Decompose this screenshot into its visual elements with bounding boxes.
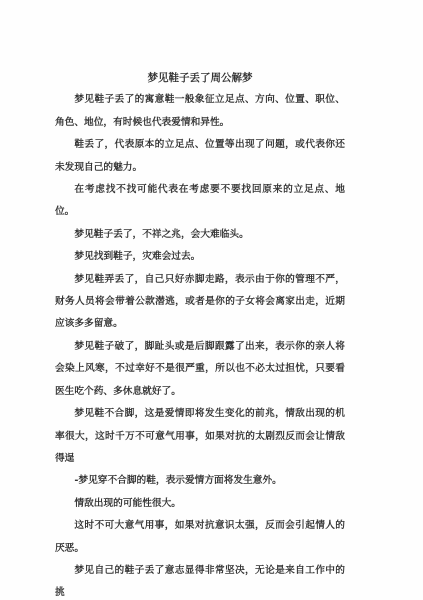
paragraph-5: 梦见找到鞋子，灾难会过去。 <box>55 246 345 268</box>
paragraph-2: 鞋丢了，代表原本的立足点、位置等出现了问题，或代表你还未发现自己的魅力。 <box>55 134 345 179</box>
paragraph-7: 梦见鞋子破了，脚趾头或是后脚跟露了出来，表示你的亲人将会染上风寒，不过幸好不是很… <box>55 336 345 403</box>
paragraph-4: 梦见鞋子丢了，不祥之兆，会大难临头。 <box>55 224 345 246</box>
paragraph-11: 这时不可大意气用事，如果对抗意识太强，反而会引起情人的厌恶。 <box>55 515 345 560</box>
paragraph-8: 梦见鞋不合脚，这是爱情即将发生变化的前兆，情敌出现的机率很大，这时千万不可意气用… <box>55 403 345 470</box>
paragraph-6: 梦见鞋弄丢了，自己只好赤脚走路，表示由于你的管理不严，财务人员将会带着公款潜逃，… <box>55 269 345 336</box>
paragraph-1: 梦见鞋子丢了的寓意鞋一般象征立足点、方向、位置、职位、角色、地位，有时候也代表爱… <box>55 89 345 134</box>
document-page: 梦见鞋子丢了周公解梦 梦见鞋子丢了的寓意鞋一般象征立足点、方向、位置、职位、角色… <box>0 0 423 600</box>
paragraph-12: 梦见自己的鞋子丢了意志显得非常坚决，无论是来自工作中的挑 <box>55 560 345 600</box>
paragraph-3: 在考虑找不找可能代表在考虑要不要找回原来的立足点、地位。 <box>55 179 345 224</box>
paragraph-9: -梦见穿不合脚的鞋，表示爱情方面将发生意外。 <box>55 470 345 492</box>
document-title: 梦见鞋子丢了周公解梦 <box>55 67 345 89</box>
paragraph-10: 情敌出现的可能性很大。 <box>55 493 345 515</box>
document-content: 梦见鞋子丢了周公解梦 梦见鞋子丢了的寓意鞋一般象征立足点、方向、位置、职位、角色… <box>55 67 345 600</box>
